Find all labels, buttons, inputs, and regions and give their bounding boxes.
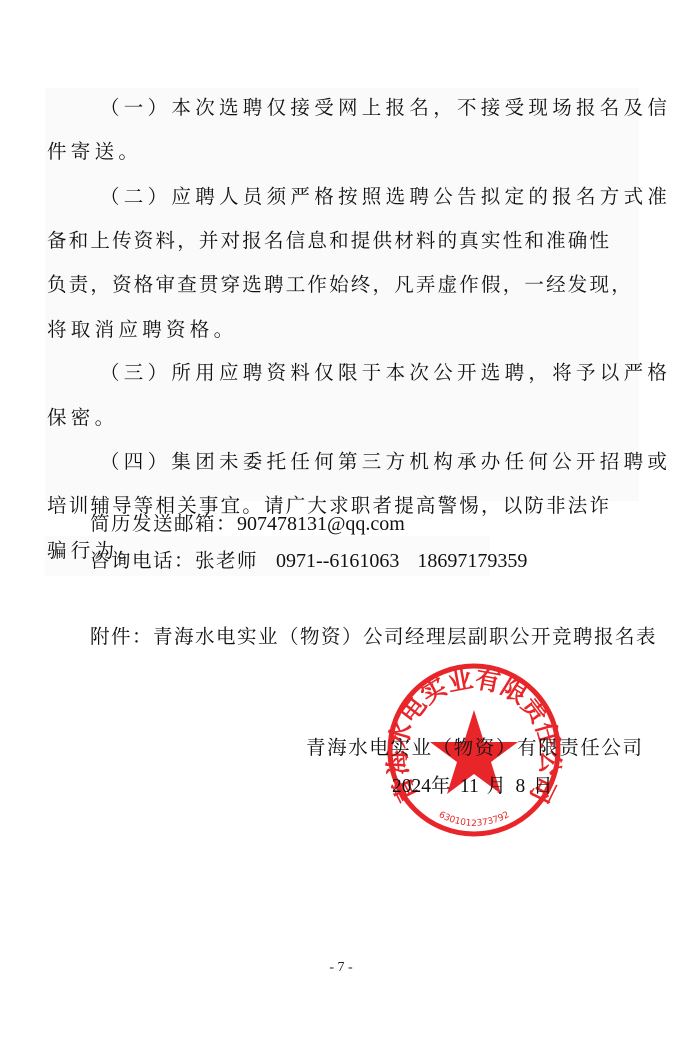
paragraph-1-line-1: （一）本次选聘仅接受网上报名，不接受现场报名及信 xyxy=(100,96,671,120)
paragraph-3-line-2: 保密。 xyxy=(47,406,118,430)
paragraph-2-line-4: 将取消应聘资格。 xyxy=(47,318,237,342)
phone-number-2: 18697179359 xyxy=(417,550,527,572)
paragraph-2-line-3: 负责，资格审查贯穿选聘工作始终，凡弄虚作假，一经发现， xyxy=(47,273,633,297)
phone-label: 咨询电话： xyxy=(90,549,195,572)
attachment-title: 青海水电实业（物资）公司经理层副职公开竞聘报名表 xyxy=(153,625,657,648)
email-line: 简历发送邮箱：907478131@qq.com xyxy=(90,512,405,536)
signature-company: 青海水电实业（物资）有限责任公司 xyxy=(306,736,644,760)
email-label: 简历发送邮箱： xyxy=(90,512,237,535)
svg-text:6301012373792: 6301012373792 xyxy=(437,810,511,829)
phone-line: 咨询电话：张老师0971--616106318697179359 xyxy=(90,549,527,573)
paragraph-1-line-2: 件寄送。 xyxy=(47,140,142,164)
contact-person: 张老师 xyxy=(195,549,258,572)
paragraph-2-line-1: （二）应聘人员须严格按照选聘公告拟定的报名方式准 xyxy=(100,185,671,209)
paragraph-3-line-1: （三）所用应聘资料仅限于本次公开选聘，将予以严格 xyxy=(100,361,671,385)
page-number: - 7 - xyxy=(326,960,356,976)
attachment-label: 附件： xyxy=(90,625,153,648)
attachment-line: 附件：青海水电实业（物资）公司经理层副职公开竞聘报名表 xyxy=(90,625,657,649)
paragraph-2-line-2: 备和上传资料，并对报名信息和提供材料的真实性和准确性 xyxy=(47,229,611,253)
email-address[interactable]: 907478131@qq.com xyxy=(237,513,405,535)
phone-number-1: 0971--6161063 xyxy=(276,550,399,572)
signature-date: 2024年 11 月 8 日 xyxy=(392,774,554,799)
paragraph-4-line-1: （四）集团未委托任何第三方机构承办任何公开招聘或 xyxy=(100,450,671,474)
